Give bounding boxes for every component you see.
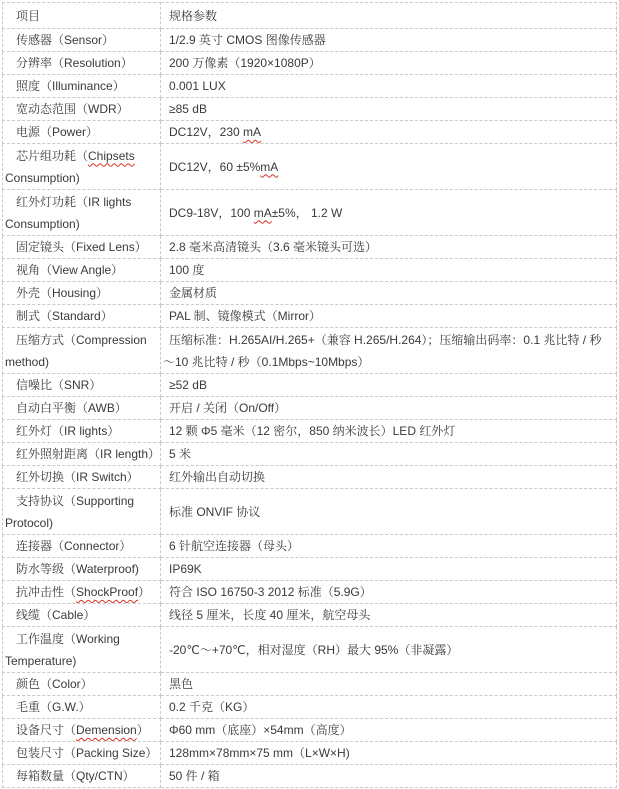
cell-text: 128mm×78mm×75 mm（L×W×H) bbox=[169, 746, 350, 760]
spec-cell: 200 万像素（1920×1080P） bbox=[161, 52, 617, 75]
table-row: 线缆（Cable）线径 5 厘米，长度 40 厘米，航空母头 bbox=[3, 604, 617, 627]
item-cell: 宽动态范围（WDR） bbox=[3, 98, 161, 121]
spec-cell: 12 颗 Φ5 毫米（12 密尔，850 纳米波长）LED 红外灯 bbox=[161, 420, 617, 443]
item-cell: 毛重（G.W.） bbox=[3, 696, 161, 719]
cell-text: 外壳（Housing） bbox=[16, 286, 108, 300]
cell-text: 标准 ONVIF 协议 bbox=[169, 505, 260, 519]
cell-text: IP69K bbox=[169, 562, 202, 576]
item-cell: 外壳（Housing） bbox=[3, 282, 161, 305]
cell-text: 包装尺寸（Packing Size） bbox=[16, 746, 157, 760]
spec-table-body: 项目规格参数传感器（Sensor）1/2.9 英寸 CMOS 图像传感器分辨率（… bbox=[3, 3, 617, 788]
cell-text: 红外输出自动切换 bbox=[169, 470, 265, 484]
item-cell: 每箱数量（Qty/CTN） bbox=[3, 765, 161, 788]
spec-cell: 标准 ONVIF 协议 bbox=[161, 489, 617, 535]
item-cell: 分辨率（Resolution） bbox=[3, 52, 161, 75]
misspelled-text: mA bbox=[254, 206, 272, 220]
cell-text: 黑色 bbox=[169, 677, 193, 691]
spec-cell: ≥52 dB bbox=[161, 374, 617, 397]
spec-cell: 线径 5 厘米，长度 40 厘米，航空母头 bbox=[161, 604, 617, 627]
cell-text: 规格参数 bbox=[169, 9, 217, 23]
spec-cell: 50 件 / 箱 bbox=[161, 765, 617, 788]
cell-text: 电源（Power） bbox=[16, 125, 98, 139]
table-row: 红外切换（IR Switch）红外输出自动切换 bbox=[3, 466, 617, 489]
cell-text: 项目 bbox=[16, 9, 40, 23]
spec-cell: 0.001 LUX bbox=[161, 75, 617, 98]
table-row: 每箱数量（Qty/CTN）50 件 / 箱 bbox=[3, 765, 617, 788]
spec-table: 项目规格参数传感器（Sensor）1/2.9 英寸 CMOS 图像传感器分辨率（… bbox=[2, 2, 617, 788]
table-row: 外壳（Housing）金属材质 bbox=[3, 282, 617, 305]
table-row: 芯片组功耗（Chipsets Consumption)DC12V，60 ±5%m… bbox=[3, 144, 617, 190]
cell-text: 红外照射距离（IR length） bbox=[16, 447, 160, 461]
item-cell: 压缩方式（Compression method) bbox=[3, 328, 161, 374]
cell-text: 宽动态范围（WDR） bbox=[16, 102, 129, 116]
table-row: 包装尺寸（Packing Size）128mm×78mm×75 mm（L×W×H… bbox=[3, 742, 617, 765]
item-cell: 工作温度（Working Temperature) bbox=[3, 627, 161, 673]
cell-text: 压缩方式（Compression method) bbox=[5, 333, 147, 369]
cell-text: 红外灯功耗（IR lights Consumption) bbox=[5, 195, 131, 231]
spec-cell: 压缩标准：H.265AI/H.265+（兼容 H.265/H.264）；压缩输出… bbox=[161, 328, 617, 374]
table-row: 支持协议（Supporting Protocol)标准 ONVIF 协议 bbox=[3, 489, 617, 535]
item-cell: 防水等级（Waterproof) bbox=[3, 558, 161, 581]
cell-text: DC9-18V，100 bbox=[169, 206, 254, 220]
cell-text: 0.2 千克（KG） bbox=[169, 700, 254, 714]
cell-text: Consumption) bbox=[5, 171, 80, 185]
spec-cell: ≥85 dB bbox=[161, 98, 617, 121]
table-row: 颜色（Color）黑色 bbox=[3, 673, 617, 696]
cell-text: 防水等级（Waterproof) bbox=[16, 562, 139, 576]
table-row: 防水等级（Waterproof)IP69K bbox=[3, 558, 617, 581]
cell-text: 工作温度（Working Temperature) bbox=[5, 632, 120, 668]
spec-cell: 红外输出自动切换 bbox=[161, 466, 617, 489]
table-row: 抗冲击性（ShockProof）符合 ISO 16750-3 2012 标准（5… bbox=[3, 581, 617, 604]
cell-text: ） bbox=[138, 585, 150, 599]
cell-text: ≥85 dB bbox=[169, 102, 207, 116]
table-row: 工作温度（Working Temperature)-20℃～+70℃，相对湿度（… bbox=[3, 627, 617, 673]
cell-text: 100 度 bbox=[169, 263, 204, 277]
cell-text: 金属材质 bbox=[169, 286, 217, 300]
cell-text: DC12V，60 ±5% bbox=[169, 160, 260, 174]
table-row: 红外灯（IR lights）12 颗 Φ5 毫米（12 密尔，850 纳米波长）… bbox=[3, 420, 617, 443]
cell-text: 5 米 bbox=[169, 447, 191, 461]
header-spec-cell: 规格参数 bbox=[161, 3, 617, 29]
cell-text: 200 万像素（1920×1080P） bbox=[169, 56, 321, 70]
cell-text: 1/2.9 英寸 CMOS 图像传感器 bbox=[169, 33, 326, 47]
header-row: 项目规格参数 bbox=[3, 3, 617, 29]
cell-text: 固定镜头（Fixed Lens） bbox=[16, 240, 147, 254]
item-cell: 颜色（Color） bbox=[3, 673, 161, 696]
spec-cell: 符合 ISO 16750-3 2012 标准（5.9G） bbox=[161, 581, 617, 604]
cell-text: 红外切换（IR Switch） bbox=[16, 470, 139, 484]
cell-text: 压缩标准：H.265AI/H.265+（兼容 H.265/H.264）；压缩输出… bbox=[163, 333, 601, 369]
table-row: 分辨率（Resolution）200 万像素（1920×1080P） bbox=[3, 52, 617, 75]
table-row: 宽动态范围（WDR）≥85 dB bbox=[3, 98, 617, 121]
spec-cell: 128mm×78mm×75 mm（L×W×H) bbox=[161, 742, 617, 765]
spec-cell: Φ60 mm（底座）×54mm（高度） bbox=[161, 719, 617, 742]
item-cell: 制式（Standard） bbox=[3, 305, 161, 328]
cell-text: 12 颗 Φ5 毫米（12 密尔，850 纳米波长）LED 红外灯 bbox=[169, 424, 455, 438]
item-cell: 自动白平衡（AWB） bbox=[3, 397, 161, 420]
cell-text: 线径 5 厘米，长度 40 厘米，航空母头 bbox=[169, 608, 370, 622]
misspelled-text: mA bbox=[260, 160, 278, 174]
item-cell: 传感器（Sensor） bbox=[3, 29, 161, 52]
item-cell: 红外照射距离（IR length） bbox=[3, 443, 161, 466]
item-cell: 电源（Power） bbox=[3, 121, 161, 144]
spec-cell: PAL 制、镜像模式（Mirror） bbox=[161, 305, 617, 328]
table-row: 红外照射距离（IR length）5 米 bbox=[3, 443, 617, 466]
item-cell: 红外切换（IR Switch） bbox=[3, 466, 161, 489]
item-cell: 照度（Illuminance） bbox=[3, 75, 161, 98]
cell-text: 照度（Illuminance） bbox=[16, 79, 125, 93]
spec-cell: 开启 / 关闭（On/Off） bbox=[161, 397, 617, 420]
cell-text: 线缆（Cable） bbox=[16, 608, 95, 622]
item-cell: 红外灯功耗（IR lights Consumption) bbox=[3, 190, 161, 236]
cell-text: ） bbox=[137, 723, 149, 737]
item-cell: 支持协议（Supporting Protocol) bbox=[3, 489, 161, 535]
cell-text: 每箱数量（Qty/CTN） bbox=[16, 769, 135, 783]
table-row: 电源（Power）DC12V，230 mA bbox=[3, 121, 617, 144]
cell-text: 6 针航空连接器（母头） bbox=[169, 539, 299, 553]
cell-text: 信噪比（SNR） bbox=[16, 378, 101, 392]
item-cell: 信噪比（SNR） bbox=[3, 374, 161, 397]
cell-text: 制式（Standard） bbox=[16, 309, 113, 323]
spec-sheet-page: 项目规格参数传感器（Sensor）1/2.9 英寸 CMOS 图像传感器分辨率（… bbox=[0, 0, 619, 789]
item-cell: 抗冲击性（ShockProof） bbox=[3, 581, 161, 604]
table-row: 照度（Illuminance）0.001 LUX bbox=[3, 75, 617, 98]
spec-cell: IP69K bbox=[161, 558, 617, 581]
spec-cell: 100 度 bbox=[161, 259, 617, 282]
cell-text: 50 件 / 箱 bbox=[169, 769, 220, 783]
item-cell: 固定镜头（Fixed Lens） bbox=[3, 236, 161, 259]
item-cell: 视角（View Angle） bbox=[3, 259, 161, 282]
spec-cell: -20℃～+70℃，相对湿度（RH）最大 95%（非凝露） bbox=[161, 627, 617, 673]
spec-cell: 2.8 毫米高清镜头（3.6 毫米镜头可选） bbox=[161, 236, 617, 259]
cell-text: 0.001 LUX bbox=[169, 79, 226, 93]
table-row: 制式（Standard）PAL 制、镜像模式（Mirror） bbox=[3, 305, 617, 328]
cell-text: 自动白平衡（AWB） bbox=[16, 401, 127, 415]
cell-text: DC12V，230 bbox=[169, 125, 243, 139]
item-cell: 包装尺寸（Packing Size） bbox=[3, 742, 161, 765]
misspelled-text: Demension bbox=[76, 723, 137, 737]
spec-cell: 5 米 bbox=[161, 443, 617, 466]
cell-text: 抗冲击性（ bbox=[16, 585, 76, 599]
cell-text: PAL 制、镜像模式（Mirror） bbox=[169, 309, 321, 323]
cell-text: 红外灯（IR lights） bbox=[16, 424, 119, 438]
table-row: 连接器（Connector）6 针航空连接器（母头） bbox=[3, 535, 617, 558]
cell-text: 设备尺寸（ bbox=[16, 723, 76, 737]
cell-text: 颜色（Color） bbox=[16, 677, 93, 691]
cell-text: 毛重（G.W.） bbox=[16, 700, 91, 714]
cell-text: ±5%， 1.2 W bbox=[272, 206, 343, 220]
cell-text: 支持协议（Supporting Protocol) bbox=[5, 494, 134, 530]
item-cell: 芯片组功耗（Chipsets Consumption) bbox=[3, 144, 161, 190]
spec-cell: DC9-18V，100 mA±5%， 1.2 W bbox=[161, 190, 617, 236]
table-row: 自动白平衡（AWB）开启 / 关闭（On/Off） bbox=[3, 397, 617, 420]
item-cell: 红外灯（IR lights） bbox=[3, 420, 161, 443]
cell-text: 开启 / 关闭（On/Off） bbox=[169, 401, 286, 415]
table-row: 视角（View Angle）100 度 bbox=[3, 259, 617, 282]
cell-text: 视角（View Angle） bbox=[16, 263, 123, 277]
misspelled-text: ShockProof bbox=[76, 585, 138, 599]
item-cell: 线缆（Cable） bbox=[3, 604, 161, 627]
table-row: 固定镜头（Fixed Lens）2.8 毫米高清镜头（3.6 毫米镜头可选） bbox=[3, 236, 617, 259]
spec-cell: 6 针航空连接器（母头） bbox=[161, 535, 617, 558]
misspelled-text: Chipsets bbox=[88, 149, 135, 163]
item-cell: 连接器（Connector） bbox=[3, 535, 161, 558]
table-row: 毛重（G.W.）0.2 千克（KG） bbox=[3, 696, 617, 719]
spec-cell: DC12V，60 ±5%mA bbox=[161, 144, 617, 190]
cell-text: ≥52 dB bbox=[169, 378, 207, 392]
misspelled-text: mA bbox=[243, 125, 261, 139]
cell-text: Φ60 mm（底座）×54mm（高度） bbox=[169, 723, 352, 737]
cell-text: -20℃～+70℃，相对湿度（RH）最大 95%（非凝露） bbox=[169, 643, 458, 657]
table-row: 传感器（Sensor）1/2.9 英寸 CMOS 图像传感器 bbox=[3, 29, 617, 52]
cell-text: 2.8 毫米高清镜头（3.6 毫米镜头可选） bbox=[169, 240, 377, 254]
cell-text: 符合 ISO 16750-3 2012 标准（5.9G） bbox=[169, 585, 372, 599]
spec-cell: 0.2 千克（KG） bbox=[161, 696, 617, 719]
table-row: 压缩方式（Compression method)压缩标准：H.265AI/H.2… bbox=[3, 328, 617, 374]
header-item-cell: 项目 bbox=[3, 3, 161, 29]
table-row: 设备尺寸（Demension）Φ60 mm（底座）×54mm（高度） bbox=[3, 719, 617, 742]
spec-cell: 黑色 bbox=[161, 673, 617, 696]
item-cell: 设备尺寸（Demension） bbox=[3, 719, 161, 742]
cell-text: 连接器（Connector） bbox=[16, 539, 131, 553]
spec-cell: 金属材质 bbox=[161, 282, 617, 305]
spec-cell: DC12V，230 mA bbox=[161, 121, 617, 144]
spec-cell: 1/2.9 英寸 CMOS 图像传感器 bbox=[161, 29, 617, 52]
table-row: 信噪比（SNR）≥52 dB bbox=[3, 374, 617, 397]
cell-text: 分辨率（Resolution） bbox=[16, 56, 133, 70]
cell-text: 芯片组功耗（ bbox=[16, 149, 88, 163]
cell-text: 传感器（Sensor） bbox=[16, 33, 114, 47]
table-row: 红外灯功耗（IR lights Consumption)DC9-18V，100 … bbox=[3, 190, 617, 236]
